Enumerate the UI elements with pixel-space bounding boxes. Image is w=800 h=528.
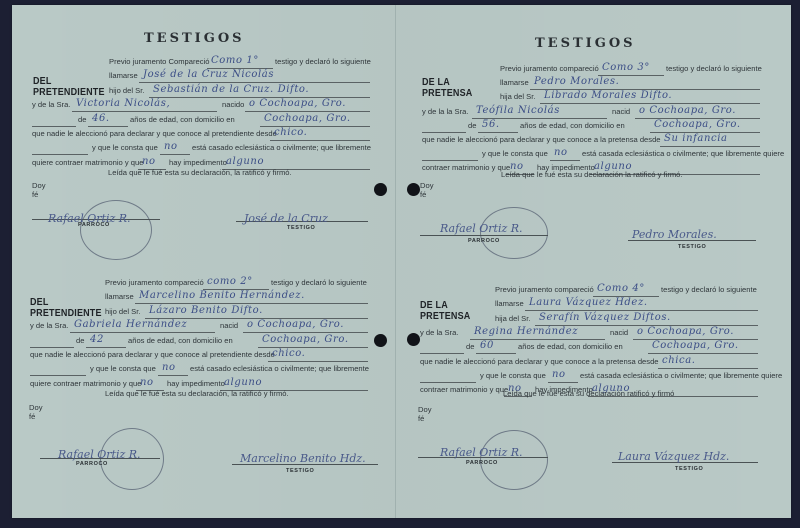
mother-name-field-value: Teófila Nicolás (476, 105, 560, 117)
testigo-label: TESTIGO (287, 225, 315, 231)
de-label: de (466, 341, 474, 353)
form-line: y de la Sra.Regina Hernándeznacido Cocho… (0, 327, 800, 339)
birthplace-field[interactable]: o Cochoapa, Gro. (633, 327, 758, 340)
birthplace-field-value: o Cochoapa, Gro. (637, 326, 734, 338)
nacido-label: nacid (610, 327, 628, 339)
nacido-label: nacid (612, 106, 630, 118)
knows-since-field[interactable]: Su infancia (660, 134, 760, 147)
de-label: de (468, 120, 476, 132)
form-line: de56.años de edad, con domicilio enCocho… (0, 120, 800, 132)
domicile-field[interactable]: Cochoapa, Gro. (650, 120, 760, 133)
form-line: hija del Sr.Serafín Vázquez Diftos. (0, 313, 800, 325)
domicile-field-value: Cochoapa, Gro. (652, 340, 739, 352)
consta-suffix-label: está casada eclesiástica o civilmente; q… (582, 148, 784, 160)
age-field-value: 56. (482, 119, 500, 131)
contraer-label: contraer matrimonio y que (422, 162, 510, 174)
father-label: hija del Sr. (495, 313, 530, 325)
knows-label: que nadie le aleccionó para declarar y q… (420, 356, 659, 368)
testigo-label: testigo y declaró lo siguiente (666, 63, 762, 75)
previo-label: Previo juramento compareció (495, 284, 594, 296)
mother-label: y de la Sra. (420, 327, 458, 339)
form-line: de60años de edad, con domicilio enCochoa… (0, 341, 800, 353)
right-page-title: TESTIGOS (535, 36, 636, 51)
testigo-label: TESTIGO (675, 466, 703, 472)
parroco-signature: Rafael Ortiz R. (58, 448, 141, 461)
parroco-label: PARROCO (78, 222, 110, 228)
mother-name-field[interactable]: Regina Hernández (470, 327, 605, 340)
doy-fe-label: Doy fé (420, 181, 434, 199)
age-field-value: 60 (480, 340, 494, 352)
father-name-field[interactable]: Librado Morales Difto. (540, 91, 760, 104)
age-field[interactable]: 60 (476, 341, 516, 354)
blank-field[interactable] (422, 148, 478, 161)
testigo-signature: José de la Cruz (244, 212, 328, 225)
testigo-signature: Pedro Morales. (632, 228, 717, 241)
form-line: Previo juramento comparecióComo 4°testig… (0, 284, 800, 296)
married-field[interactable]: no (550, 148, 580, 161)
testigo-label: testigo y declaró lo siguiente (661, 284, 757, 296)
form-line: llamarseLaura Vázquez Hdez. (0, 298, 800, 310)
contraer-label: contraer matrimonio y que (420, 384, 508, 396)
witness-number-field[interactable]: Como 4° (593, 284, 659, 297)
knows-since-field[interactable]: chica. (658, 356, 758, 369)
llamarse-label: llamarse (500, 77, 529, 89)
father-name-field-value: Librado Morales Difto. (544, 90, 672, 102)
form-line: hija del Sr.Librado Morales Difto. (0, 91, 800, 103)
consta-label: y que le consta que (480, 370, 546, 382)
witness-name-field[interactable]: Laura Vázquez Hdez. (525, 298, 758, 311)
parroco-label: PARROCO (466, 460, 498, 466)
form-line: que nadie le aleccionó para declarar y q… (0, 356, 800, 368)
age-field[interactable]: 56. (478, 120, 518, 133)
testigo-label: TESTIGO (678, 244, 706, 250)
father-name-field-value: Serafín Vázquez Diftos. (539, 312, 671, 324)
blank-field[interactable] (420, 370, 476, 383)
doy-fe-label: Doy fé (29, 403, 43, 421)
married-field-value: no (554, 147, 568, 159)
witness-number-field-value: Como 4° (597, 283, 645, 295)
parroco-signature: Rafael Ortiz R. (440, 446, 523, 459)
form-line: Previo juramento comparecióComo 3°testig… (0, 63, 800, 75)
previo-label: Previo juramento compareció (500, 63, 599, 75)
closing-statement: Leída que le fué esta su declaración la … (501, 170, 683, 179)
parroco-signature: Rafael Ortiz R. (440, 222, 523, 235)
punch-hole (374, 183, 387, 196)
witness-name-field-value: Laura Vázquez Hdez. (529, 297, 648, 309)
form-line: llamarsePedro Morales. (0, 77, 800, 89)
married-field[interactable]: no (548, 370, 578, 383)
age-suffix-label: años de edad, con domicilio en (518, 341, 623, 353)
birthplace-field[interactable]: o Cochoapa, Gro. (635, 106, 760, 119)
blank-field[interactable] (420, 341, 464, 354)
testigo-signature: Laura Vázquez Hdz. (618, 450, 729, 463)
parish-seal-stamp (80, 200, 152, 260)
consta-label: y que le consta que (482, 148, 548, 160)
form-line: que nadie le aleccionó para declarar y q… (0, 134, 800, 146)
form-line: y que le consta quenoestá casada eclesiá… (0, 370, 800, 382)
birthplace-field-value: o Cochoapa, Gro. (639, 105, 736, 117)
mother-label: y de la la Sra. (422, 106, 468, 118)
witness-name-field-value: Pedro Morales. (534, 76, 619, 88)
age-suffix-label: años de edad, con domicilio en (520, 120, 625, 132)
mother-name-field-value: Regina Hernández (474, 326, 578, 338)
parroco-label: PARROCO (76, 461, 108, 467)
doy-fe-label: Doy fé (418, 405, 432, 423)
parroco-signature-line (420, 235, 548, 236)
consta-suffix-label: está casada eclesiástica o civilmente; q… (580, 370, 782, 382)
mother-name-field[interactable]: Teófila Nicolás (472, 106, 607, 119)
left-page-title: TESTIGOS (144, 31, 245, 46)
punch-hole (407, 183, 420, 196)
witness-name-field[interactable]: Pedro Morales. (530, 77, 760, 90)
form-line: contraer matrimonio y quenohay impedimen… (0, 384, 800, 396)
witness-number-field[interactable]: Como 3° (598, 63, 664, 76)
knows-since-field-value: chica. (662, 355, 696, 367)
form-line: y de la la Sra.Teófila Nicolásnacido Coc… (0, 106, 800, 118)
closing-statement: Leída que le fué esta su declaración rat… (503, 389, 674, 398)
blank-field[interactable] (422, 120, 466, 133)
domicile-field[interactable]: Cochoapa, Gro. (648, 341, 758, 354)
married-field-value: no (552, 369, 566, 381)
llamarse-label: llamarse (495, 298, 524, 310)
parroco-label: PARROCO (468, 238, 500, 244)
doy-fe-label: Doy fé (32, 181, 46, 199)
father-name-field[interactable]: Serafín Vázquez Diftos. (535, 313, 758, 326)
form-line: y que le consta quenoestá casada eclesiá… (0, 148, 800, 160)
domicile-field-value: Cochoapa, Gro. (654, 119, 741, 131)
testigo-signature: Marcelino Benito Hdz. (240, 452, 366, 465)
testigo-label: TESTIGO (286, 468, 314, 474)
father-label: hija del Sr. (500, 91, 535, 103)
knows-since-field-value: Su infancia (664, 133, 728, 145)
knows-label: que nadie le aleccionó para declarar y q… (422, 134, 661, 146)
witness-number-field-value: Como 3° (602, 62, 650, 74)
